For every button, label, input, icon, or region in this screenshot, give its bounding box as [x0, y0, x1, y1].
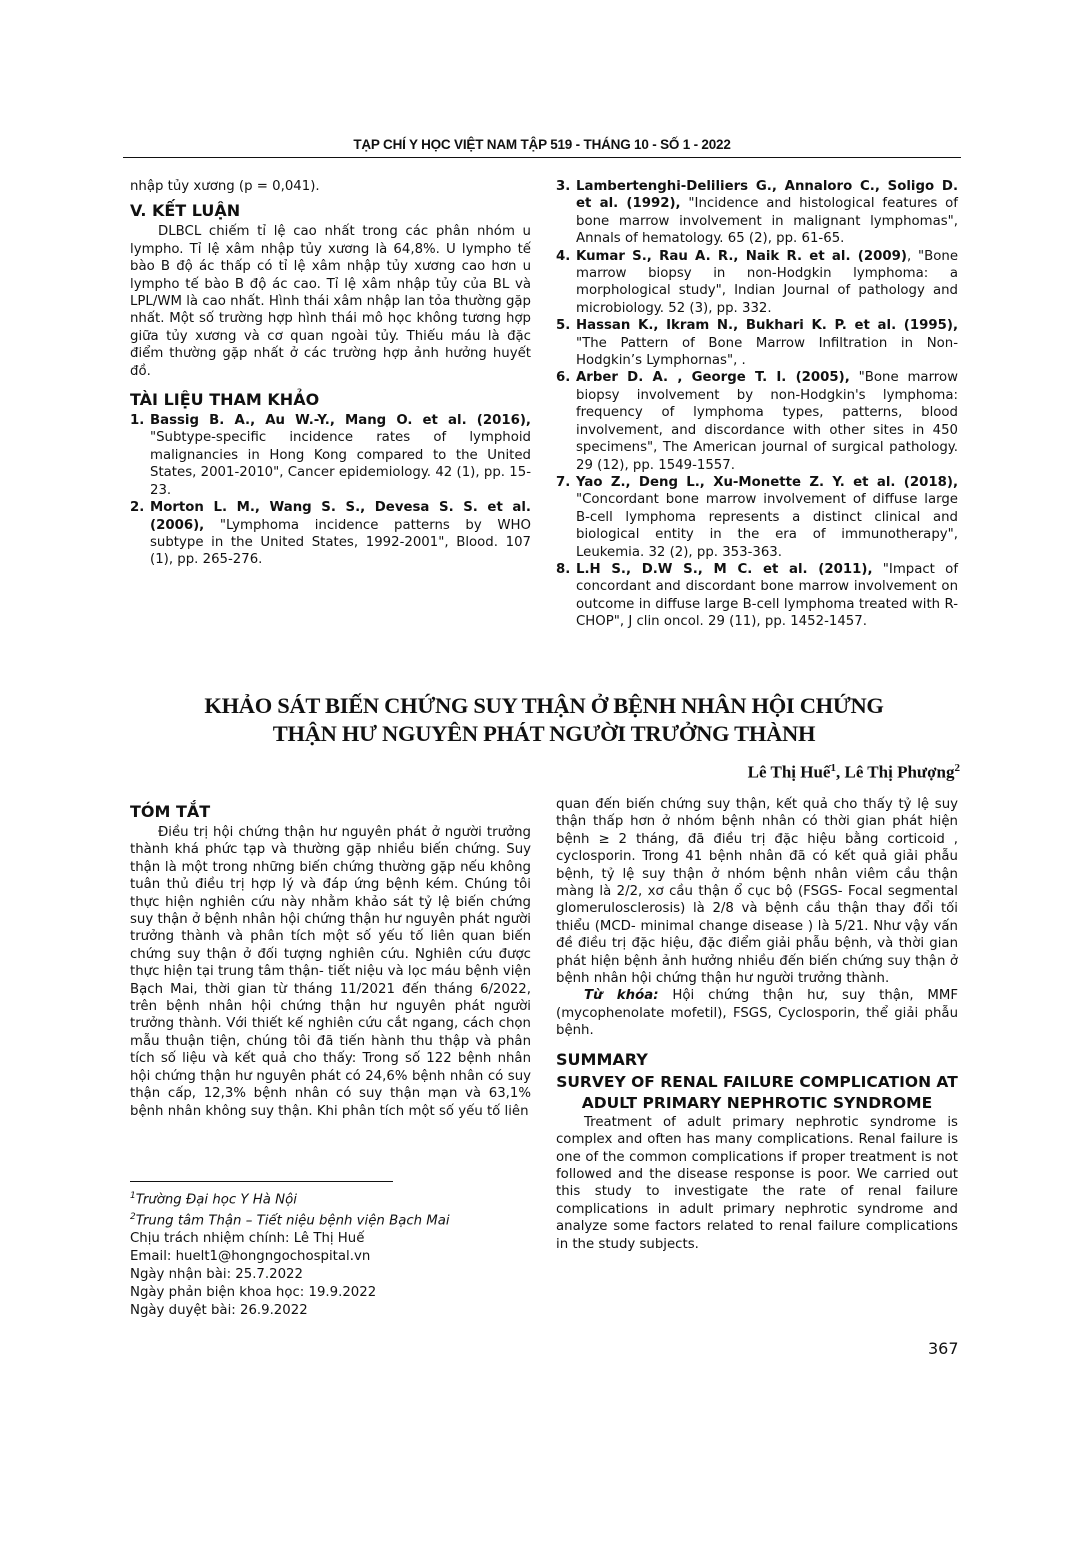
summary-heading: SUMMARY [556, 1050, 958, 1070]
article-title: KHẢO SÁT BIẾN CHỨNG SUY THẬN Ở BỆNH NHÂN… [130, 692, 958, 748]
article-authors: Lê Thị Huế1, Lê Thị Phượng2 [748, 762, 960, 783]
prev-article-right-column: 3. Lambertenghi-Deliliers G., Annaloro C… [556, 178, 958, 631]
conclusion-text: DLBCL chiếm tỉ lệ cao nhất trong các phâ… [130, 223, 531, 380]
abstract-heading: TÓM TẮT [130, 802, 531, 822]
responsible-author: Chịu trách nhiệm chính: Lê Thị Huế [130, 1230, 550, 1248]
prev-article-left-column: nhập tủy xương (p = 0,041). V. KẾT LUẬN … [130, 178, 531, 569]
keywords: Từ khóa: Hội chứng thận hư, suy thận, MM… [556, 987, 958, 1039]
summary-text: Treatment of adult primary nephrotic syn… [556, 1114, 958, 1253]
email: Email: huelt1@hongngochospital.vn [130, 1248, 550, 1266]
carryover-text: nhập tủy xương (p = 0,041). [130, 178, 531, 195]
affiliation-1: 1Trường Đại học Y Hà Nội [130, 1188, 550, 1209]
abstract-text-continued: quan đến biến chứng suy thận, kết quả ch… [556, 796, 958, 987]
abstract-right-column: quan đến biến chứng suy thận, kết quả ch… [556, 796, 958, 1253]
journal-header: TẠP CHÍ Y HỌC VIỆT NAM TẬP 519 - THÁNG 1… [123, 137, 961, 152]
date-reviewed: Ngày phản biện khoa học: 19.9.2022 [130, 1284, 550, 1302]
header-divider [123, 157, 961, 158]
references-heading: TÀI LIỆU THAM KHẢO [130, 390, 531, 410]
footnote-divider [130, 1181, 393, 1182]
summary-title: SURVEY OF RENAL FAILURE COMPLICATION AT … [556, 1072, 958, 1114]
affiliation-2: 2Trung tâm Thận – Tiết niệu bệnh viện Bạ… [130, 1209, 550, 1230]
reference-item: 6. Arber D. A. , George T. I. (2005), "B… [556, 369, 958, 473]
abstract-left-column: TÓM TẮT Điều trị hội chứng thận hư nguyê… [130, 796, 531, 1120]
reference-item: 8. L.H S., D.W S., M C. et al. (2011), "… [556, 561, 958, 631]
page-number: 367 [928, 1339, 959, 1358]
reference-item: 3. Lambertenghi-Deliliers G., Annaloro C… [556, 178, 958, 248]
date-received: Ngày nhận bài: 25.7.2022 [130, 1266, 550, 1284]
abstract-text: Điều trị hội chứng thận hư nguyên phát ở… [130, 824, 531, 1120]
conclusion-heading: V. KẾT LUẬN [130, 201, 531, 221]
reference-item: 4. Kumar S., Rau A. R., Naik R. et al. (… [556, 248, 958, 318]
reference-item: 7. Yao Z., Deng L., Xu-Monette Z. Y. et … [556, 474, 958, 561]
footnotes: 1Trường Đại học Y Hà Nội 2Trung tâm Thận… [130, 1188, 550, 1319]
reference-item: 5. Hassan K., Ikram N., Bukhari K. P. et… [556, 317, 958, 369]
date-accepted: Ngày duyệt bài: 26.9.2022 [130, 1302, 550, 1320]
reference-item: 2. Morton L. M., Wang S. S., Devesa S. S… [130, 499, 531, 569]
reference-item: 1. Bassig B. A., Au W.-Y., Mang O. et al… [130, 412, 531, 499]
